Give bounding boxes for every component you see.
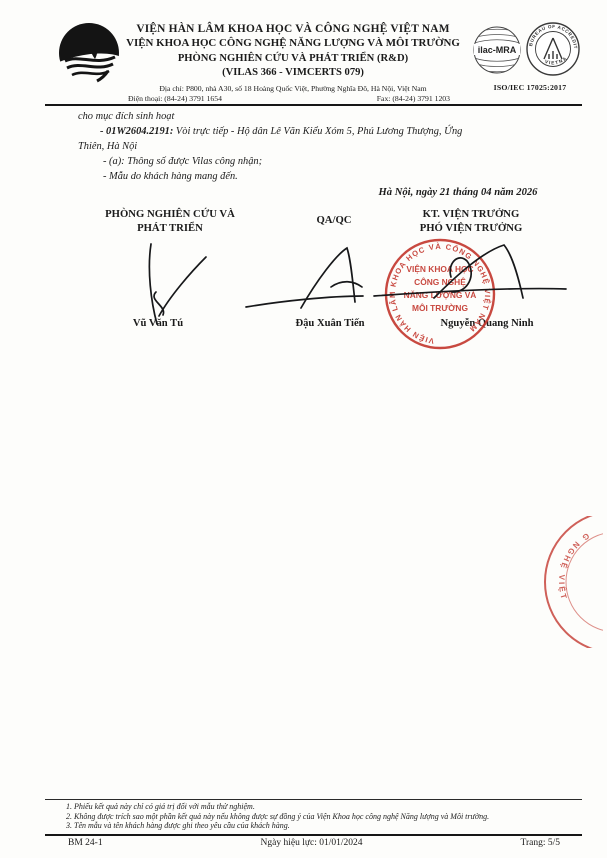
body-intro-line: cho mục đích sinh hoạt — [78, 111, 174, 122]
institute-logo-icon — [55, 20, 123, 88]
header-divider — [45, 104, 582, 106]
phone-label: Điện thoại: (84-24) 3791 1654 — [128, 94, 222, 104]
mid-signer-title: QA/QC — [303, 213, 365, 227]
footer-note-1: 1. Phiếu kết quả này chỉ có giá trị đối … — [66, 802, 571, 812]
note-b-line: - Mẫu do khách hàng mang đến. — [103, 171, 238, 182]
letterhead: VIỆN HÀN LÂM KHOA HỌC VÀ CÔNG NGHỆ VIỆT … — [118, 22, 468, 103]
bureau-accreditation-logo-icon: BUREAU OF ACCREDITATION VIETNAM — [525, 21, 581, 77]
edge-stamp-fragment: G NGHỆ VIỆT — [528, 516, 603, 648]
sample-code: - 01W2604.2191: — [100, 126, 173, 137]
org-name-line1: VIỆN HÀN LÂM KHOA HỌC VÀ CÔNG NGHỆ VIỆT … — [118, 22, 468, 37]
contact-row: Điện thoại: (84-24) 3791 1654 Fax: (84-2… — [118, 94, 468, 104]
footer-notes: 1. Phiếu kết quả này chỉ có giá trị đối … — [66, 802, 571, 831]
signature-right — [374, 245, 566, 298]
effective-date: Ngày hiệu lực: 01/01/2024 — [261, 838, 363, 848]
date-place-line: Hà Nội, ngày 21 tháng 04 năm 2026 — [350, 187, 566, 198]
signatures-ink — [0, 230, 607, 350]
accreditation-codes: (VILAS 366 - VIMCERTS 079) — [118, 66, 468, 80]
form-code: BM 24-1 — [68, 838, 103, 848]
sample-line: - 01W2604.2191: Vòi trực tiếp - Hộ dân L… — [100, 126, 462, 137]
page-number: Trang: 5/5 — [520, 838, 560, 848]
footer-note-2: 2. Không được trích sao một phần kết quả… — [66, 812, 571, 822]
ilac-mra-label: ilac-MRA — [478, 45, 517, 55]
edge-stamp-text: G NGHỆ VIỆT — [557, 531, 591, 602]
sample-line-wrap: Thiên, Hà Nội — [78, 141, 137, 152]
document-page: VIỆN HÀN LÂM KHOA HỌC VÀ CÔNG NGHỆ VIỆT … — [0, 0, 607, 858]
ilac-mra-logo-icon: ilac-MRA — [471, 25, 523, 75]
svg-text:G NGHỆ VIỆT: G NGHỆ VIỆT — [557, 531, 591, 602]
iso-standard-label: ISO/IEC 17025:2017 — [478, 83, 582, 92]
signature-middle — [246, 248, 363, 308]
department-name: PHÒNG NGHIÊN CỨU VÀ PHÁT TRIỂN (R&D) — [118, 52, 468, 66]
org-name-line2: VIỆN KHOA HỌC CÔNG NGHỆ NĂNG LƯỢNG VÀ MÔ… — [118, 37, 468, 51]
footer-top-divider — [45, 799, 582, 800]
footer-bottom-divider — [45, 834, 582, 836]
footer-note-3: 3. Tên mẫu và tên khách hàng được ghi th… — [66, 821, 571, 831]
fax-label: Fax: (84-24) 3791 1203 — [377, 94, 450, 104]
signature-left — [149, 244, 206, 324]
note-a-line: - (a): Thông số được Vilas công nhận; — [103, 156, 262, 167]
footer-meta-row: BM 24-1 Ngày hiệu lực: 01/01/2024 Trang:… — [68, 838, 560, 848]
address-line: Địa chỉ: P800, nhà A30, số 18 Hoàng Quốc… — [118, 84, 468, 94]
sample-description: Vòi trực tiếp - Hộ dân Lê Văn Kiểu Xóm 5… — [173, 126, 462, 137]
